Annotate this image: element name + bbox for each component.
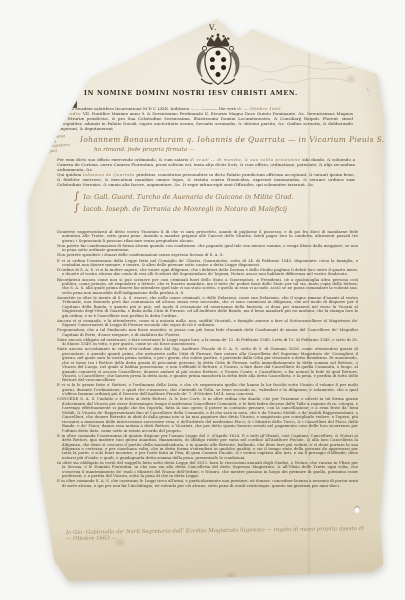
- official-name: Iacob. Ioseph. de Terrania de Monregli i…: [83, 205, 287, 213]
- invocation-heading: IN NOMINE DOMINI NOSTRI IESV CHRISTI AME…: [84, 90, 298, 97]
- official-entry: ∫Io: Gall. Guard. Turcho de Auenaria de …: [74, 191, 379, 203]
- printed-instructions-body: Douerete rappresentaruì al detto vostro …: [57, 230, 358, 519]
- instruction-paragraph: Siate ancora accostumato in virtù d'vn'o…: [57, 347, 358, 383]
- manuscript-appointment-line: Iohannem Bonauenturam q. Iohannis de Qua…: [80, 135, 390, 144]
- manuscript-margin-note: Gra: Michel.a SavaAiu: BenedettiGuarent.…: [28, 133, 76, 155]
- marginal-scribble: vi —: [365, 87, 372, 98]
- manuscript-officials-list: ∫Io: Gall. Guard. Turcho de Auenaria de …: [74, 191, 379, 215]
- preamble-printed-text: VII. Pontifice Maximo anno 9. & Sereniss…: [57, 111, 353, 131]
- plate-number: V.: [209, 23, 218, 32]
- paraph-flourish-icon: ∫: [74, 191, 79, 202]
- parchment-document: V.: [26, 16, 386, 586]
- instruction-paragraph: In oltre sia obbligato in vertù del sugg…: [57, 461, 358, 479]
- official-entry: ∫Iacob. Ioseph. de Terrania de Monregli …: [74, 203, 379, 215]
- salary-clause: Per eum dicto suo officio exercendo ordi…: [57, 157, 355, 195]
- document-shadow-wrap: V.: [26, 16, 386, 586]
- instruction-paragraph: E vi si fa le grazie fatte a' Rettori, o…: [57, 383, 358, 396]
- paraph-flourish-icon: ∫: [74, 203, 79, 214]
- manuscript-appointment-note: ho rimand. fede propria firmata —: [94, 147, 195, 153]
- margin-note-line: Andrea Cajoni: [29, 147, 76, 155]
- instruction-paragraph: Ricordateui ancora come non si può scriu…: [57, 278, 358, 296]
- official-name: Io: Gall. Guard. Turcho de Auenaria de G…: [83, 193, 294, 201]
- latin-preamble: Anno ab eiusdem salutifera Incarnatione …: [57, 106, 353, 133]
- manuscript-closing-note: Io Gio: Gabbriello de' Nerli Segretario …: [66, 526, 368, 543]
- instruction-paragraph: Proponendosi, che a tal Sindacato non fu…: [57, 328, 358, 337]
- instruction-paragraph: E in oltre comanda S. A. S. che osseruin…: [57, 479, 358, 488]
- instruction-paragraph: Auuertite in oltre le mente di S. A. S. …: [57, 296, 358, 318]
- instruction-paragraph: D'ordine di S. A. S. vi si fa inoltre sa…: [57, 268, 358, 277]
- woodcut-initial-ornament: ❧: [56, 85, 77, 108]
- instruction-paragraph: CONCEDE S. A. S. l'indulto e le ferie ai…: [57, 397, 358, 433]
- photo-background: V.: [0, 0, 405, 600]
- instruction-paragraph: E in oltre comanda l'osseruanza di quant…: [57, 434, 358, 461]
- foxing-spot: [222, 572, 240, 580]
- ink-bleedthrough-marks: [229, 58, 364, 92]
- paper-hole: [354, 506, 360, 513]
- instruction-paragraph: Douerete rappresentaruì al detto vostro …: [57, 230, 358, 243]
